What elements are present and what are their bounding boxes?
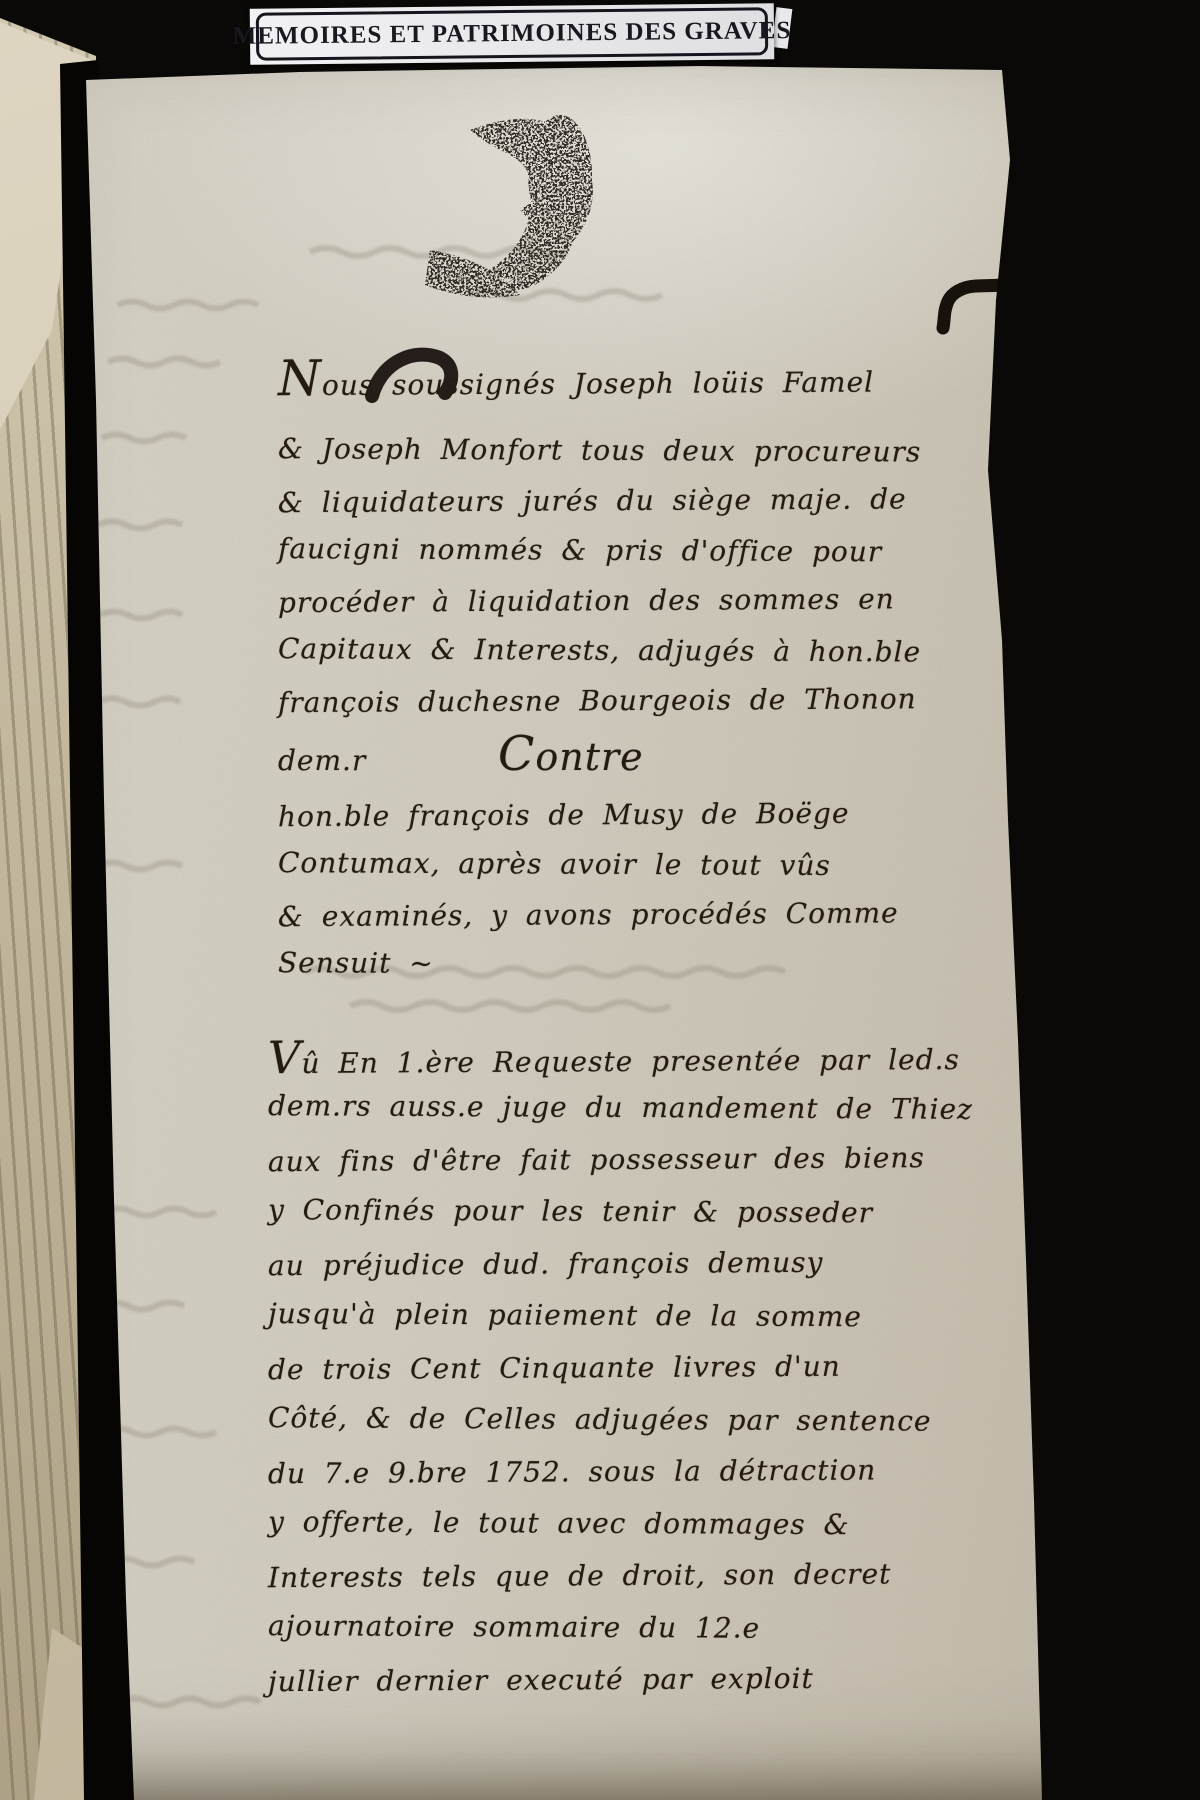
paper-grain <box>0 0 1200 1800</box>
photograph-of-manuscript: Nous soussignés Joseph loüis Famel & Jos… <box>0 0 1200 1800</box>
manuscript-block-1: Nous soussignés Joseph loüis Famel & Jos… <box>278 352 998 784</box>
archive-label-plaque: MEMOIRES ET PATRIMOINES DES GRAVES <box>250 3 775 64</box>
manuscript-line: Sensuit ~ <box>278 938 998 992</box>
manuscript-line: au préjudice dud. françois demusy <box>268 1236 992 1292</box>
manuscript-line: & Joseph Monfort tous deux procureurs <box>278 424 998 478</box>
plaque-label: MEMOIRES ET PATRIMOINES DES GRAVES <box>233 17 792 51</box>
page-marks-overlay <box>0 0 1200 1800</box>
manuscript-block-3: Vû En 1.ère Requeste presentée par led.s… <box>268 1030 992 1706</box>
folio-paraph-icon <box>943 258 1078 328</box>
manuscript-line: jullier dernier executé par exploit <box>268 1652 992 1708</box>
manuscript-line: & examinés, y avons procédés Comme <box>278 888 998 942</box>
contre-heading: Contre <box>498 726 644 786</box>
manuscript-line: y Confinés pour les tenir & posseder <box>268 1184 992 1240</box>
manuscript-line: du 7.e 9.bre 1752. sous la détraction <box>268 1444 992 1500</box>
manuscript-line: aux fins d'être fait possesseur des bien… <box>268 1132 992 1188</box>
ink-blot-icon <box>372 355 451 396</box>
manuscript-line: Côté, & de Celles adjugées par sentence <box>268 1392 992 1448</box>
plaque-border: MEMOIRES ET PATRIMOINES DES GRAVES <box>256 7 768 60</box>
manuscript-line: faucigni nommés & pris d'office pour <box>278 524 998 578</box>
manuscript-line: françois duchesne Bourgeois de Thonon <box>278 674 998 728</box>
manuscript-block-2: hon.ble françois de Musy de Boëge Contum… <box>278 790 998 990</box>
manuscript-page: Nous soussignés Joseph loüis Famel & Jos… <box>0 0 1200 1800</box>
manuscript-line: de trois Cent Cinquante livres d'un <box>268 1340 992 1396</box>
handwritten-text-layer: Nous soussignés Joseph loüis Famel & Jos… <box>0 0 1200 1800</box>
manuscript-line: ajournatoire sommaire du 12.e <box>268 1600 992 1656</box>
manuscript-line: Capitaux & Interests, adjugés à hon.ble <box>278 624 998 678</box>
manuscript-line: jusqu'à plein paiiement de la somme <box>268 1288 992 1344</box>
party-label: dem.r <box>278 732 438 790</box>
manuscript-line: hon.ble françois de Musy de Boëge <box>278 788 998 842</box>
manuscript-line: Interests tels que de droit, son decret <box>268 1548 992 1604</box>
ghost-bleedthrough-writing <box>98 248 785 1706</box>
manuscript-line: Vû En 1.ère Requeste presentée par led.s <box>268 1028 992 1084</box>
manuscript-line: Nous soussignés Joseph loüis Famel <box>278 350 998 404</box>
contre-row: dem.r Contre <box>278 726 998 784</box>
manuscript-line: Contumax, après avoir le tout vûs <box>278 838 998 892</box>
manuscript-line: procéder à liquidation des sommes en <box>278 574 998 628</box>
faded-stamp-icon <box>215 102 593 298</box>
manuscript-line: dem.rs auss.e juge du mandement de Thiez <box>268 1080 992 1136</box>
manuscript-line: & liquidateurs jurés du siège maje. de <box>278 474 998 528</box>
manuscript-line: y offerte, le tout avec dommages & <box>268 1496 992 1552</box>
